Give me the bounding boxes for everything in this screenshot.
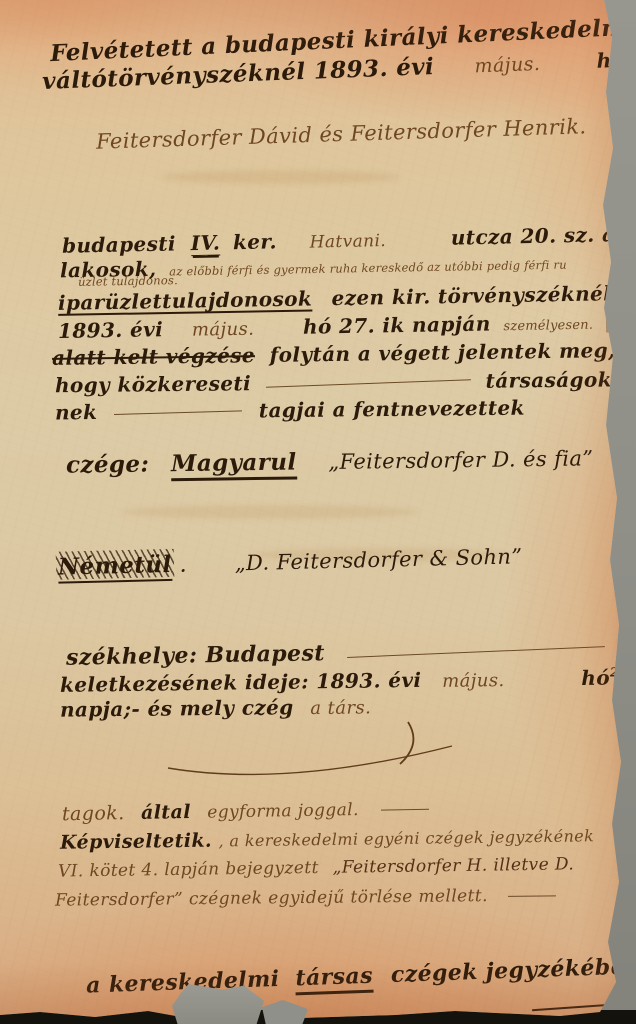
ink-showthrough	[120, 505, 420, 519]
district-number: IV.	[190, 230, 220, 256]
street-annotation: Hatvani.	[309, 231, 386, 253]
line-partnership-1: hogy közkereseti társaságok, mely	[55, 367, 636, 398]
line-struck-decree: alatt kelt végzése folytán a végett jele…	[52, 338, 616, 370]
text-segment: székhelye: Budapest	[66, 640, 325, 671]
dash-line	[381, 808, 429, 810]
text-segment: ker.	[233, 229, 277, 254]
text-segment: .	[179, 552, 187, 578]
text-segment: Feitersdorfer” czégnek egyidejű törlése …	[55, 886, 488, 911]
struck-fragment: ala	[606, 314, 634, 332]
underscored-text: iparüzlettulajdonosok	[58, 286, 313, 314]
label-czege: czége:	[66, 451, 150, 479]
partnership-annotation: a társ.	[310, 697, 371, 719]
text-segment: hó 27. ik napján	[303, 311, 491, 338]
label-magyarul: Magyarul	[171, 448, 297, 481]
dash-line	[508, 895, 556, 897]
text-segment: , a kereskedelmi egyéni czégek jegyzékén…	[218, 826, 594, 850]
text-segment: egyforma joggal.	[207, 800, 359, 823]
text-segment: czégek jegyzékébe beje-	[390, 951, 636, 988]
line-company-name-de: Németül . „D. Feitersdorfer & Sohn”	[58, 542, 523, 580]
text-segment: napja;- és mely czég	[60, 695, 294, 721]
month-annotation: május.	[474, 53, 540, 78]
month-annotation: május.	[192, 319, 255, 341]
text-segment: ezen kir. törvényszéknél.	[331, 281, 618, 310]
in-person-annotation: személyesen.	[503, 318, 593, 335]
text-segment: utcza 20. sz. a	[451, 222, 616, 249]
line-company-name-hu: czége: Magyarul „Feitersdorfer D. és fia…	[66, 444, 594, 478]
text-segment: budapesti	[62, 231, 176, 257]
blank-line	[347, 646, 605, 658]
text-segment: hó	[581, 665, 610, 689]
text-segment: keletkezésének ideje: 1893. évi	[60, 668, 422, 697]
text-segment: Képviseltetik.	[60, 830, 212, 854]
old-firm-name: „Feitersdorfer H. illetve D.	[332, 854, 574, 877]
ink-showthrough	[160, 170, 400, 184]
month-annotation: május.	[442, 670, 505, 692]
line-final-entry: a kereskedelmi társas czégek jegyzékébe …	[86, 951, 636, 998]
line-formation-cont: napja;- és mely czég a társ.	[60, 694, 371, 721]
pen-flourish	[160, 718, 460, 780]
text-segment: tagok.	[62, 802, 125, 825]
line-registry-reference: VI. kötet 4. lapján bejegyzett „Feitersd…	[58, 854, 574, 881]
blank-line	[266, 379, 471, 388]
line-members-rights: tagok. által egyforma joggal.	[62, 797, 430, 825]
line-partnership-2: nek tagjai a fentnevezettek	[55, 396, 525, 425]
text-segment: társaságok, mely	[485, 367, 636, 393]
text-segment: 1893. évi	[58, 317, 164, 343]
text-segment: hogy közkereseti	[55, 371, 251, 397]
line-deletion-note: Feitersdorfer” czégnek egyidejű törlése …	[55, 885, 556, 910]
day-annotation: hó 27.	[596, 46, 636, 73]
company-name-de: „D. Feitersdorfer & Sohn”	[234, 544, 522, 575]
text-segment: nek	[55, 400, 98, 424]
struck-text: alatt kelt végzése	[52, 343, 255, 370]
line-representation: Képviseltetik. , a kereskedelmi egyéni c…	[60, 824, 594, 853]
text-segment: . ik	[628, 664, 636, 689]
text-segment: folytán a végett jelentek meg,	[270, 338, 616, 367]
interline-note: az előbbi férfi és gyermek ruha keresked…	[169, 258, 567, 279]
line-date-appearance: 1893. évi május. hó 27. ik napján személ…	[58, 309, 634, 343]
line-shop-owner-note: üzlet tulajdonos.	[78, 273, 178, 289]
document-page: Felvétetett a budapesti királyi keresked…	[0, 0, 636, 1024]
text-segment: VI. kötet 4. lapján bejegyzett	[58, 858, 319, 882]
underlined-tarsas: társas	[295, 963, 373, 996]
interline-note: üzlet tulajdonos.	[78, 273, 178, 289]
blank-line	[114, 410, 242, 415]
day-superscript: 22	[610, 664, 628, 679]
text-segment: tagjai a fentnevezettek	[259, 396, 525, 423]
text-segment: által	[141, 801, 191, 824]
text-segment: Feitersdorfer Dávid és Feitersdorfer Hen…	[96, 114, 587, 153]
line-owners-names: Feitersdorfer Dávid és Feitersdorfer Hen…	[96, 114, 587, 153]
label-nemetul-crossed: Németül	[58, 551, 172, 584]
company-name-hu: „Feitersdorfer D. és fia”	[328, 446, 594, 474]
